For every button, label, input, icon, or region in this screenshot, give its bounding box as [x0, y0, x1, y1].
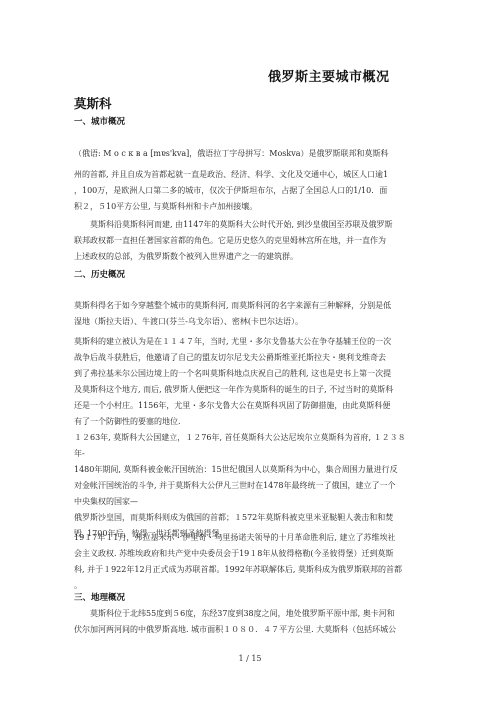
paragraph-founding: 莫斯科的建立被认为是在１１４７年，当时, 尤里・多尔戈鲁基大公在争夺基辅王位的一…: [74, 334, 434, 430]
text-line: 莫斯科得名于如今穿越整个城市的莫斯科河, 而莫斯科河的名字来源有三种解释，分别是…: [74, 298, 434, 314]
document-page: 俄罗斯主要城市概况 莫斯科 一、城市概况 （俄语: М о с к в а [m…: [0, 0, 500, 707]
text-line: 伏尔加河两河间的中俄罗斯高地. 城市面积１０８０．４７平方公里. 大莫斯科（包括…: [74, 622, 434, 638]
paragraph-soviet-era: 19１7年１1月，弗拉基米尔・伊里奇・乌里扬诺夫领导的十月革命胜利后, 建立了苏…: [74, 530, 434, 594]
text-line: 莫斯科位于北纬55度到５6度，东经37度到38度之间，地处俄罗斯平原中部, 奥卡…: [74, 606, 434, 622]
section-heading-history: 二、历史概况: [74, 268, 125, 280]
text-line: 对金帐汗国统治的斗争, 并于莫斯科大公伊凡三世时在1478年最终统一了俄国，建立…: [74, 478, 434, 494]
text-line: 科, 并于１922年12月正式成为苏联首都。1992年苏联解体后, 莫斯科成为俄…: [74, 562, 434, 578]
text-line: 州的首都, 并且自成为首都起就一直是政治、经济、科学、文化及交通中心，城区人口逾…: [74, 167, 434, 183]
text-line: 年-: [74, 446, 434, 462]
text-line: 。: [74, 578, 434, 594]
text-line: 1480年期间, 莫斯科被金帐汗国统治：15世纪俄国人以莫斯科为中心，集合周围力…: [74, 462, 434, 478]
paragraph-moscow-capital: 莫斯科沿莫斯科河而建, 由1147年的莫斯科大公时代开始, 到沙皇俄国至苏联及俄…: [74, 217, 434, 265]
text-line: （俄语: М о с к в а [mɐs'kva]，俄语拉丁字母拼写：Mosk…: [74, 146, 434, 162]
text-line: 湿地（斯拉夫语）、牛渡口(芬兰-乌戈尔语）、密林(卡巴尔达语）。: [74, 314, 434, 330]
paragraph-moscow-intro: （俄语: М о с к в а [mɐs'kva]，俄语拉丁字母拼写：Mosk…: [74, 146, 434, 215]
text-line: 俄罗斯沙皇国，而莫斯科则成为俄国的首都；１572年莫斯科被克里米亚鞑靼人袭击和和…: [74, 510, 434, 526]
text-line: 莫斯科的建立被认为是在１１４７年，当时, 尤里・多尔戈鲁基大公在争夺基辅王位的一…: [74, 334, 434, 350]
text-line: 有了一个防御性的要塞的地位.: [74, 414, 434, 430]
text-line: 联邦政权都一直担任著国家首都的角色。它是历史悠久的克里姆林宫所在地，并一直作为: [74, 233, 434, 249]
text-line: 上述政权的总部，为俄罗斯数个被列入世界遗产之一的建筑群。: [74, 249, 434, 265]
text-line: 会主义政权. 苏维埃政府和共产党中央委员会于19１8年从彼得格勒(今圣彼得堡）迁…: [74, 546, 434, 562]
text-line: ，100万，是欧洲人口第二多的城市，仅次于伊斯坦布尔，占据了全国总人口的1/10…: [74, 183, 434, 199]
text-line: １２63年, 莫斯科大公国建立，１２76年, 首任莫斯科大公达尼埃尔立莫斯科为首…: [74, 430, 434, 446]
text-line: 还是一个小村庄。1156年，尤里・多尔戈鲁大公在莫斯科巩固了防御措施，由此莫斯科…: [74, 398, 434, 414]
paragraph-geography: 莫斯科位于北纬55度到５6度，东经37度到38度之间，地处俄罗斯平原中部, 奥卡…: [74, 606, 434, 638]
city-title: 莫斯科: [74, 94, 112, 112]
text-line: 莫斯科沿莫斯科河而建, 由1147年的莫斯科大公时代开始, 到沙皇俄国至苏联及俄…: [74, 217, 434, 233]
text-line: 到了弗拉基米尔公国边境上的一个名叫莫斯科地点庆祝自己的胜利, 这也是史书上第一次…: [74, 366, 434, 382]
text-line: 及莫斯科这个地方, 而后, 俄罗斯人便把这一年作为莫斯科的诞生的日子, 不过当时…: [74, 382, 434, 398]
text-line: 积２，５10平方公里, 与莫斯科州和卡卢加州接壤。: [74, 199, 434, 215]
page-indicator: 1 / 15: [0, 654, 500, 663]
text-line: 中央集权的国家—: [74, 494, 434, 510]
document-title: 俄罗斯主要城市概况: [268, 66, 390, 85]
section-heading-city-overview: 一、城市概况: [74, 115, 125, 127]
text-line: 19１7年１1月，弗拉基米尔・伊里奇・乌里扬诺夫领导的十月革命胜利后, 建立了苏…: [74, 530, 434, 546]
text-line: 战争后战斗获胜后，他邀请了自己的盟友切尔尼戈夫公爵斯维亚托斯拉夫・奥利戈维奇去: [74, 350, 434, 366]
paragraph-grand-duchy: １２63年, 莫斯科大公国建立，１２76年, 首任莫斯科大公达尼埃尔立莫斯科为首…: [74, 430, 434, 542]
paragraph-name-origin: 莫斯科得名于如今穿越整个城市的莫斯科河, 而莫斯科河的名字来源有三种解释，分别是…: [74, 298, 434, 330]
section-heading-geography: 三、地理概况: [74, 591, 125, 603]
